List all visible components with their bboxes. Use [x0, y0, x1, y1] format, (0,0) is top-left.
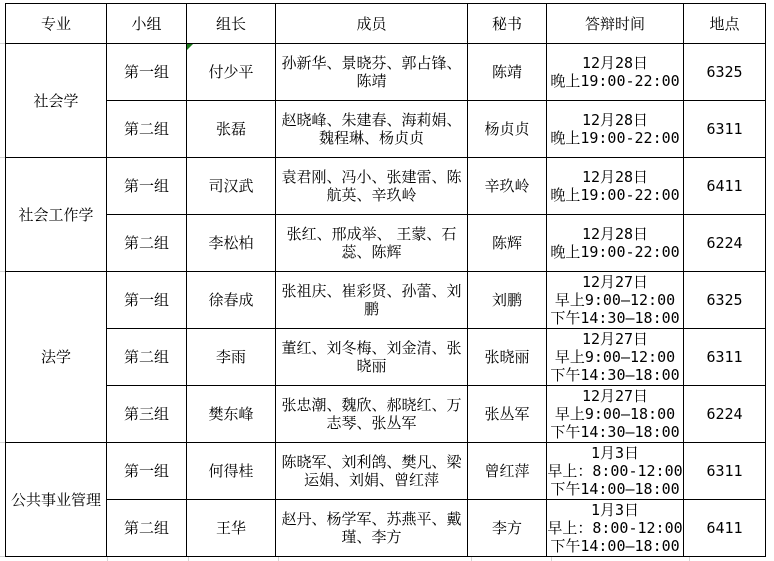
time-date: 1月3日 — [547, 501, 683, 519]
room-cell[interactable]: 6311 — [684, 101, 766, 158]
time-date: 12月28日 — [547, 111, 683, 129]
time-date: 12月27日 — [547, 387, 683, 405]
time-slot: 晚上19:00-22:00 — [547, 129, 683, 147]
major-cell[interactable]: 法学 — [6, 272, 107, 443]
room-cell[interactable]: 6311 — [684, 443, 766, 500]
secretary-cell[interactable]: 张丛军 — [468, 386, 547, 443]
header-members[interactable]: 成员 — [276, 4, 468, 44]
room-cell[interactable]: 6224 — [684, 215, 766, 272]
leader-cell[interactable]: 张磊 — [187, 101, 276, 158]
secretary-cell[interactable]: 曾红萍 — [468, 443, 547, 500]
time-date: 12月28日 — [547, 225, 683, 243]
members-cell[interactable]: 张祖庆、崔彩贤、孙蕾、刘鹏 — [276, 272, 468, 329]
table-row: 第二组 王华 赵丹、杨学军、苏燕平、戴瑾、李方 李方 1月3日 早上：8:00-… — [6, 500, 766, 557]
group-cell[interactable]: 第一组 — [107, 443, 187, 500]
room-cell[interactable]: 6411 — [684, 500, 766, 557]
header-major[interactable]: 专业 — [6, 4, 107, 44]
table-row: 公共事业管理 第一组 何得桂 陈晓军、刘利鸽、樊凡、梁运娟、刘娟、曾红萍 曾红萍… — [6, 443, 766, 500]
time-cell[interactable]: 12月27日 早上9:00—12:00 下午14:30—18:00 — [547, 329, 684, 386]
time-cell[interactable]: 12月27日 早上9:00—18:00 下午14:30—18:00 — [547, 386, 684, 443]
time-slot: 晚上19:00-22:00 — [547, 72, 683, 90]
time-morning: 早上9:00—18:00 — [547, 405, 683, 423]
time-date: 12月28日 — [547, 54, 683, 72]
header-time[interactable]: 答辩时间 — [547, 4, 684, 44]
leader-cell[interactable]: 王华 — [187, 500, 276, 557]
major-cell[interactable]: 社会工作学 — [6, 158, 107, 272]
time-morning: 早上9:00—12:00 — [547, 348, 683, 366]
secretary-cell[interactable]: 李方 — [468, 500, 547, 557]
secretary-cell[interactable]: 杨贞贞 — [468, 101, 547, 158]
table-row: 第三组 樊东峰 张忠潮、魏欣、郝晓红、万志琴、张丛军 张丛军 12月27日 早上… — [6, 386, 766, 443]
room-cell[interactable]: 6311 — [684, 329, 766, 386]
leader-cell[interactable]: 何得桂 — [187, 443, 276, 500]
leader-cell[interactable]: 李雨 — [187, 329, 276, 386]
time-cell[interactable]: 12月28日 晚上19:00-22:00 — [547, 101, 684, 158]
members-cell[interactable]: 张红、邢成举、 王蒙、石蕊、陈辉 — [276, 215, 468, 272]
members-cell[interactable]: 赵丹、杨学军、苏燕平、戴瑾、李方 — [276, 500, 468, 557]
secretary-cell[interactable]: 陈辉 — [468, 215, 547, 272]
leader-name: 付少平 — [208, 63, 253, 81]
group-cell[interactable]: 第三组 — [107, 386, 187, 443]
time-afternoon: 下午14:30—18:00 — [547, 423, 683, 441]
major-cell[interactable]: 公共事业管理 — [6, 443, 107, 557]
time-date: 1月3日 — [547, 444, 683, 462]
group-cell[interactable]: 第一组 — [107, 158, 187, 215]
table-row: 第二组 李松柏 张红、邢成举、 王蒙、石蕊、陈辉 陈辉 12月28日 晚上19:… — [6, 215, 766, 272]
secretary-cell[interactable]: 辛玖岭 — [468, 158, 547, 215]
members-cell[interactable]: 张忠潮、魏欣、郝晓红、万志琴、张丛军 — [276, 386, 468, 443]
time-afternoon: 下午14:00—18:00 — [547, 537, 683, 555]
members-cell[interactable]: 赵晓峰、朱建春、海莉娟、魏程琳、杨贞贞 — [276, 101, 468, 158]
group-cell[interactable]: 第一组 — [107, 272, 187, 329]
room-cell[interactable]: 6224 — [684, 386, 766, 443]
time-cell[interactable]: 12月27日 早上9:00—12:00 下午14:30—18:00 — [547, 272, 684, 329]
comment-indicator-icon[interactable] — [187, 44, 193, 50]
group-cell[interactable]: 第二组 — [107, 500, 187, 557]
secretary-cell[interactable]: 张晓丽 — [468, 329, 547, 386]
header-room[interactable]: 地点 — [684, 4, 766, 44]
members-cell[interactable]: 董红、刘冬梅、刘金清、张晓丽 — [276, 329, 468, 386]
time-afternoon: 下午14:30—18:00 — [547, 309, 683, 327]
table-row: 第二组 张磊 赵晓峰、朱建春、海莉娟、魏程琳、杨贞贞 杨贞贞 12月28日 晚上… — [6, 101, 766, 158]
leader-cell[interactable]: 付少平 — [187, 44, 276, 101]
defense-schedule-table: 专业 小组 组长 成员 秘书 答辩时间 地点 社会学 第一组 付少平 孙新华、景… — [5, 3, 766, 557]
time-morning: 早上：8:00-12:00 — [547, 519, 683, 537]
time-morning: 早上9:00—12:00 — [547, 291, 683, 309]
secretary-cell[interactable]: 陈靖 — [468, 44, 547, 101]
group-cell[interactable]: 第二组 — [107, 329, 187, 386]
room-cell[interactable]: 6411 — [684, 158, 766, 215]
secretary-cell[interactable]: 刘鹏 — [468, 272, 547, 329]
room-cell[interactable]: 6325 — [684, 44, 766, 101]
members-cell[interactable]: 孙新华、景晓芬、郭占锋、陈靖 — [276, 44, 468, 101]
header-group[interactable]: 小组 — [107, 4, 187, 44]
time-afternoon: 下午14:30—18:00 — [547, 366, 683, 384]
group-cell[interactable]: 第二组 — [107, 215, 187, 272]
leader-cell[interactable]: 李松柏 — [187, 215, 276, 272]
time-date: 12月28日 — [547, 168, 683, 186]
header-row: 专业 小组 组长 成员 秘书 答辩时间 地点 — [6, 4, 766, 44]
time-afternoon: 下午14:00—18:00 — [547, 480, 683, 498]
members-cell[interactable]: 袁君刚、冯小、张建雷、陈航英、辛玖岭 — [276, 158, 468, 215]
time-date: 12月27日 — [547, 273, 683, 291]
leader-cell[interactable]: 徐春成 — [187, 272, 276, 329]
table-row: 社会工作学 第一组 司汉武 袁君刚、冯小、张建雷、陈航英、辛玖岭 辛玖岭 12月… — [6, 158, 766, 215]
time-slot: 晚上19:00-22:00 — [547, 186, 683, 204]
room-cell[interactable]: 6325 — [684, 272, 766, 329]
leader-cell[interactable]: 司汉武 — [187, 158, 276, 215]
time-cell[interactable]: 1月3日 早上：8:00-12:00 下午14:00—18:00 — [547, 500, 684, 557]
header-leader[interactable]: 组长 — [187, 4, 276, 44]
group-cell[interactable]: 第二组 — [107, 101, 187, 158]
time-cell[interactable]: 1月3日 早上：8:00-12:00 下午14:00—18:00 — [547, 443, 684, 500]
table-row: 第二组 李雨 董红、刘冬梅、刘金清、张晓丽 张晓丽 12月27日 早上9:00—… — [6, 329, 766, 386]
major-cell[interactable]: 社会学 — [6, 44, 107, 158]
time-cell[interactable]: 12月28日 晚上19:00-22:00 — [547, 44, 684, 101]
time-cell[interactable]: 12月28日 晚上19:00-22:00 — [547, 215, 684, 272]
table-row: 法学 第一组 徐春成 张祖庆、崔彩贤、孙蕾、刘鹏 刘鹏 12月27日 早上9:0… — [6, 272, 766, 329]
time-cell[interactable]: 12月28日 晚上19:00-22:00 — [547, 158, 684, 215]
members-cell[interactable]: 陈晓军、刘利鸽、樊凡、梁运娟、刘娟、曾红萍 — [276, 443, 468, 500]
group-cell[interactable]: 第一组 — [107, 44, 187, 101]
table-row: 社会学 第一组 付少平 孙新华、景晓芬、郭占锋、陈靖 陈靖 12月28日 晚上1… — [6, 44, 766, 101]
time-date: 12月27日 — [547, 330, 683, 348]
time-morning: 早上：8:00-12:00 — [547, 462, 683, 480]
leader-cell[interactable]: 樊东峰 — [187, 386, 276, 443]
header-secretary[interactable]: 秘书 — [468, 4, 547, 44]
time-slot: 晚上19:00-22:00 — [547, 243, 683, 261]
